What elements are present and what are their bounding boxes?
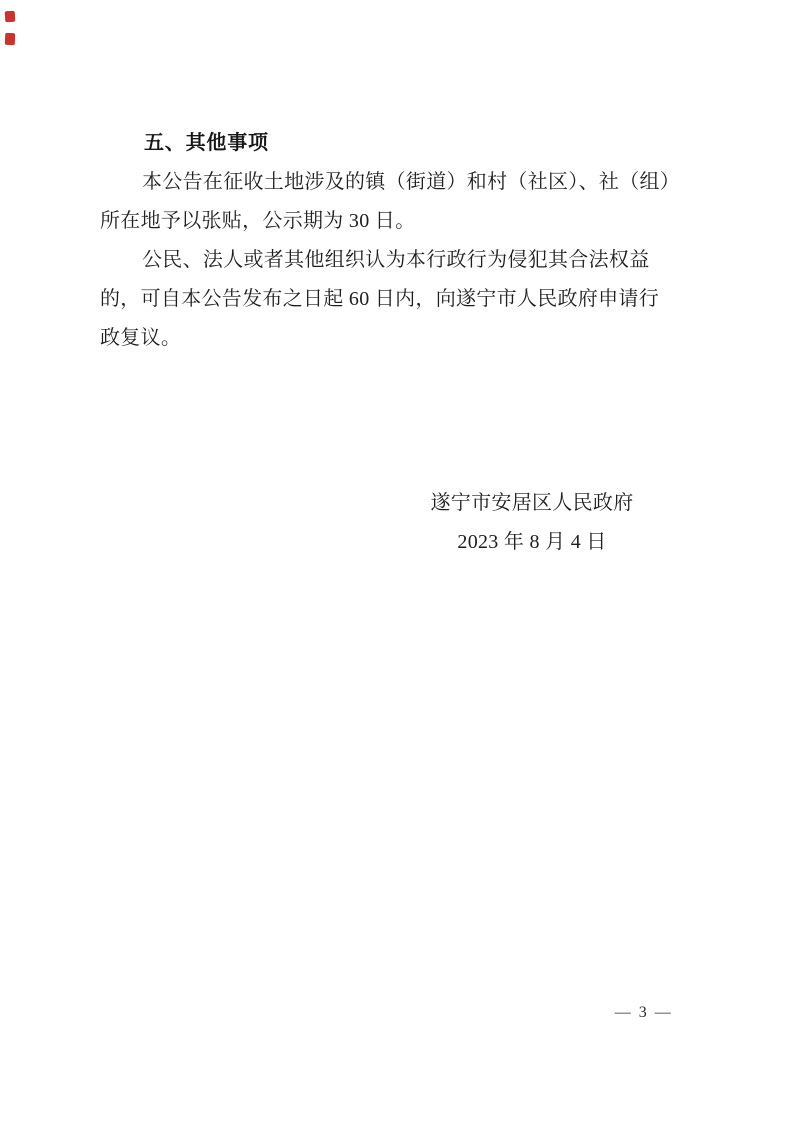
signature-block: 遂宁市安居区人民政府 2023 年 8 月 4 日 — [420, 484, 644, 562]
document-page: 五、其他事项 本公告在征收土地涉及的镇（街道）和村（社区）、社（组） 所在地予以… — [0, 0, 793, 1122]
page-number: — 3 — — [608, 1003, 678, 1023]
issue-date: 2023 年 8 月 4 日 — [420, 523, 644, 562]
section-heading: 五、其他事项 — [100, 124, 720, 163]
issuer-signature: 遂宁市安居区人民政府 — [420, 484, 644, 523]
red-scan-mark — [5, 11, 16, 23]
red-scan-mark — [5, 33, 15, 45]
paragraph-line: 本公告在征收土地涉及的镇（街道）和村（社区）、社（组） — [100, 163, 720, 202]
paragraph-line: 所在地予以张贴，公示期为 30 日。 — [100, 202, 720, 241]
document-body: 五、其他事项 本公告在征收土地涉及的镇（街道）和村（社区）、社（组） 所在地予以… — [100, 124, 720, 358]
paragraph-line: 政复议。 — [100, 319, 720, 358]
paragraph-line: 公民、法人或者其他组织认为本行政行为侵犯其合法权益 — [100, 241, 720, 280]
paragraph-line: 的，可自本公告发布之日起 60 日内，向遂宁市人民政府申请行 — [100, 280, 720, 319]
